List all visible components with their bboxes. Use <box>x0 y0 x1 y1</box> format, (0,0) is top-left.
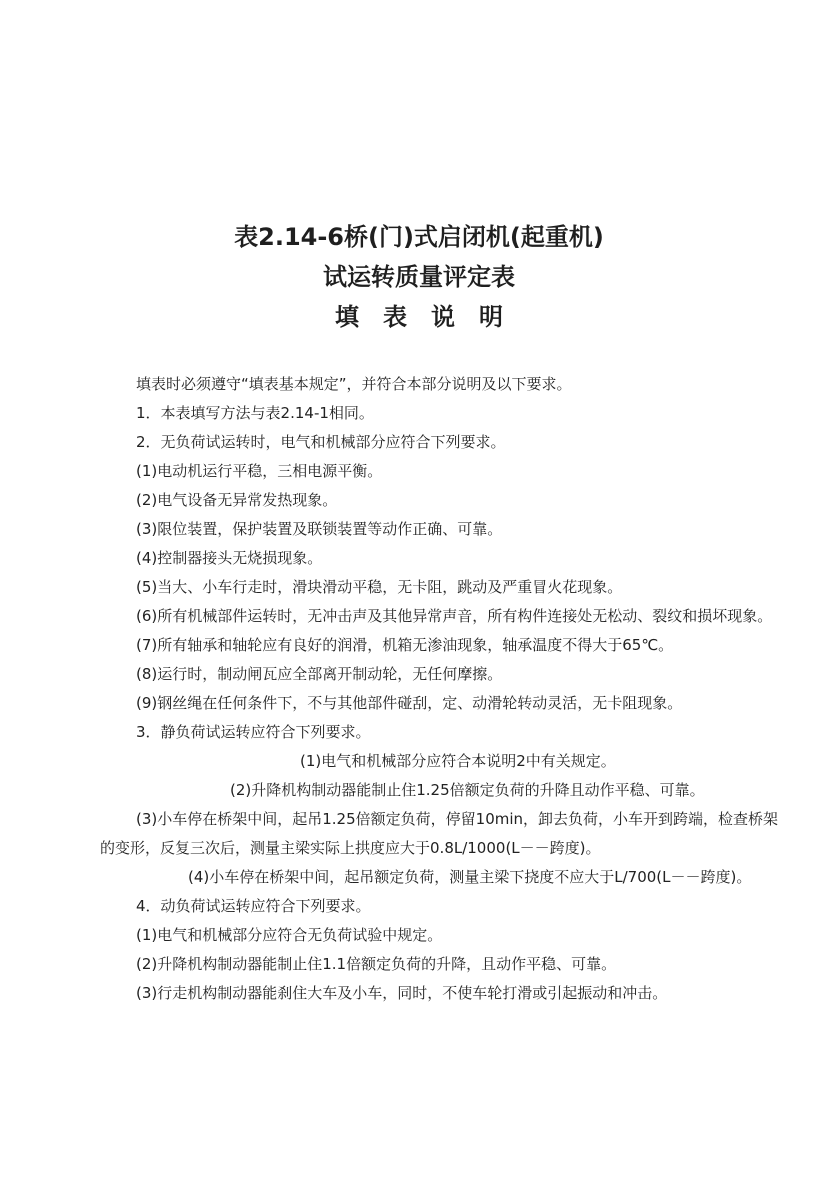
item-2-sub-5: (5)当大、小车行走时，滑块滑动平稳，无卡阻，跳动及严重冒火花现象。 <box>100 573 798 602</box>
item-3-sub-1: (1)电气和机械部分应符合本说明2中有关规定。 <box>100 747 798 776</box>
document-title: 表2.14-6桥(门)式启闭机(起重机) 试运转质量评定表 填 表 说 明 <box>0 217 838 337</box>
item-2-sub-1: (1)电动机运行平稳，三相电源平衡。 <box>100 457 798 486</box>
document-body: 填表时必须遵守“填表基本规定”，并符合本部分说明及以下要求。 1．本表填写方法与… <box>0 370 838 1008</box>
item-3-sub-4: (4)小车停在桥架中间，起吊额定负荷，测量主梁下挠度不应大于L/700(L－－跨… <box>100 863 798 892</box>
item-2-sub-6: (6)所有机械部件运转时，无冲击声及其他异常声音，所有构件连接处无松动、裂纹和损… <box>100 602 798 631</box>
item-4-sub-3: (3)行走机构制动器能刹住大车及小车，同时，不使车轮打滑或引起振动和冲击。 <box>100 979 798 1008</box>
item-4-sub-1: (1)电气和机械部分应符合无负荷试验中规定。 <box>100 921 798 950</box>
item-2: 2．无负荷试运转时，电气和机械部分应符合下列要求。 <box>100 428 798 457</box>
item-3-sub-2: (2)升降机构制动器能制止住1.25倍额定负荷的升降且动作平稳、可靠。 <box>100 776 798 805</box>
item-3: 3．静负荷试运转应符合下列要求。 <box>100 718 798 747</box>
paragraph-intro: 填表时必须遵守“填表基本规定”，并符合本部分说明及以下要求。 <box>100 370 798 399</box>
title-line-table-number: 表2.14-6桥(门)式启闭机(起重机) <box>0 217 838 257</box>
item-2-sub-4: (4)控制器接头无烧损现象。 <box>100 544 798 573</box>
item-3-sub-3-line-1: (3)小车停在桥架中间，起吊1.25倍额定负荷，停留10min，卸去负荷，小车开… <box>100 805 798 834</box>
title-line-table-name: 试运转质量评定表 <box>0 257 838 297</box>
item-2-sub-2: (2)电气设备无异常发热现象。 <box>100 486 798 515</box>
item-2-sub-7: (7)所有轴承和轴轮应有良好的润滑，机箱无渗油现象，轴承温度不得大于65℃。 <box>100 631 798 660</box>
item-2-sub-8: (8)运行时，制动闸瓦应全部离开制动轮，无任何摩擦。 <box>100 660 798 689</box>
item-2-sub-9: (9)钢丝绳在任何条件下，不与其他部件碰刮，定、动滑轮转动灵活，无卡阻现象。 <box>100 689 798 718</box>
title-line-section-heading: 填 表 说 明 <box>0 297 838 337</box>
item-4-sub-2: (2)升降机构制动器能制止住1.1倍额定负荷的升降，且动作平稳、可靠。 <box>100 950 798 979</box>
item-4: 4．动负荷试运转应符合下列要求。 <box>100 892 798 921</box>
document-page: 表2.14-6桥(门)式启闭机(起重机) 试运转质量评定表 填 表 说 明 填表… <box>0 0 838 1186</box>
item-3-sub-3-line-2: 的变形，反复三次后，测量主梁实际上拱度应大于0.8L/1000(L－－跨度)。 <box>100 834 798 863</box>
item-2-sub-3: (3)限位装置，保护装置及联锁装置等动作正确、可靠。 <box>100 515 798 544</box>
item-1: 1．本表填写方法与表2.14-1相同。 <box>100 399 798 428</box>
